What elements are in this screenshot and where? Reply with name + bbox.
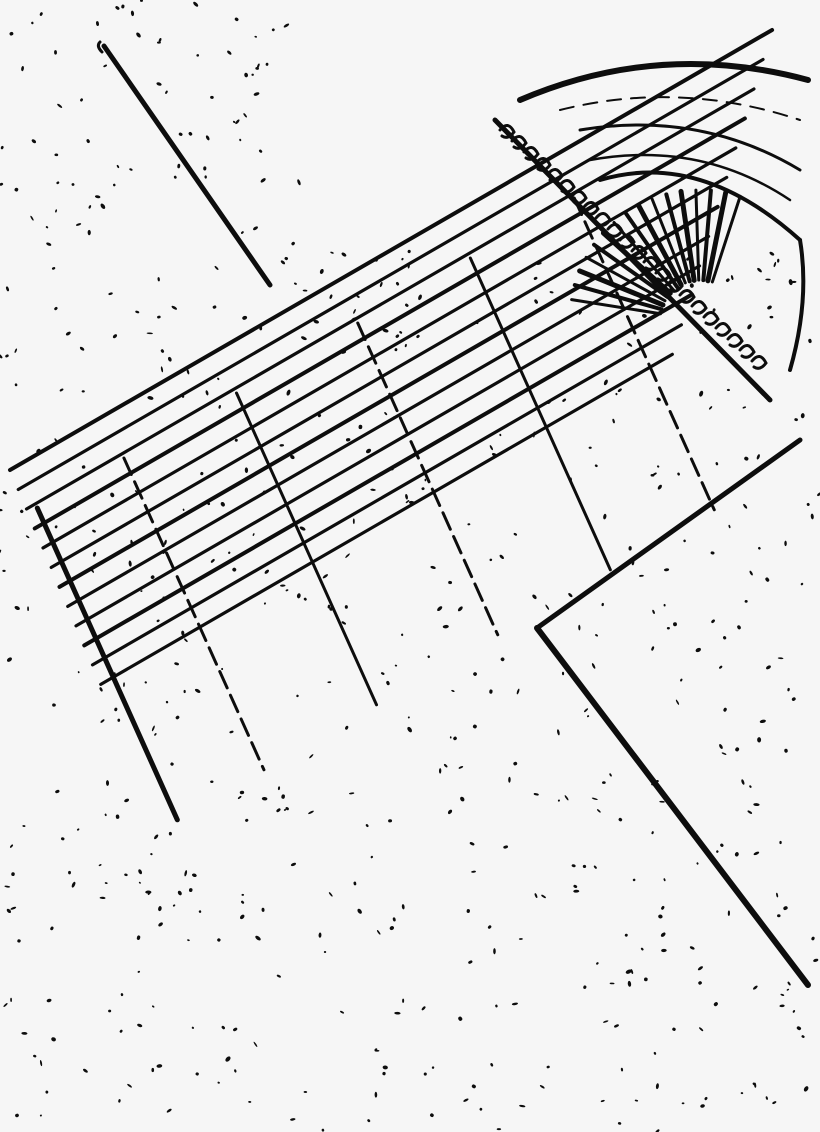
guitar-illustration (0, 0, 820, 1132)
